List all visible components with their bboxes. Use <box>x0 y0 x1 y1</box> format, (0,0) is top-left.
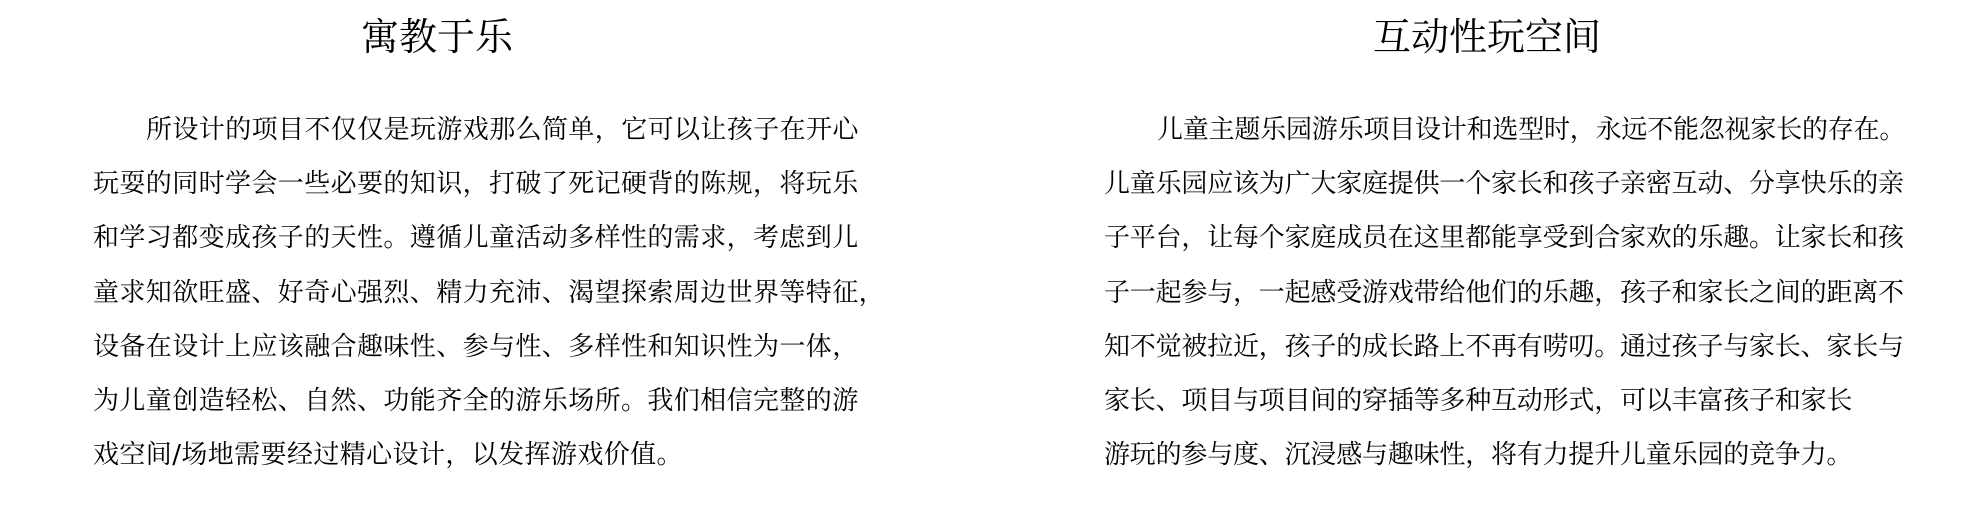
paragraph-line: 知不觉被拉近，孩子的成长路上不再有唠叨。通过孩子与家长、家长与 <box>1104 320 1905 374</box>
paragraph-line: 子一起参与，一起感受游戏带给他们的乐趣，孩子和家长之间的距离不 <box>1104 266 1905 320</box>
paragraph-line: 儿童乐园应该为广大家庭提供一个家长和孩子亲密互动、分享快乐的亲 <box>1104 157 1905 211</box>
paragraph-interactive-space: 儿童主题乐园游乐项目设计和选型时，永远不能忽视家长的存在。 儿童乐园应该为广大家… <box>1104 103 1905 482</box>
section-title-interactive-space: 互动性玩空间 <box>1373 14 1601 60</box>
paragraph-line: 子平台，让每个家庭成员在这里都能享受到合家欢的乐趣。让家长和孩 <box>1104 211 1905 265</box>
paragraph-line: 戏空间/场地需要经过精心设计，以发挥游戏价值。 <box>93 428 885 482</box>
paragraph-line: 所设计的项目不仅仅是玩游戏那么简单，它可以让孩子在开心 <box>93 103 885 157</box>
section-title-edutainment: 寓教于乐 <box>361 14 513 60</box>
paragraph-line: 儿童主题乐园游乐项目设计和选型时，永远不能忽视家长的存在。 <box>1104 103 1905 157</box>
paragraph-line: 游玩的参与度、沉浸感与趣味性，将有力提升儿童乐园的竞争力。 <box>1104 428 1905 482</box>
paragraph-line: 设备在设计上应该融合趣味性、参与性、多样性和知识性为一体， <box>93 320 885 374</box>
paragraph-line: 家长、项目与项目间的穿插等多种互动形式，可以丰富孩子和家长 <box>1104 374 1905 428</box>
paragraph-line: 为儿童创造轻松、自然、功能齐全的游乐场所。我们相信完整的游 <box>93 374 885 428</box>
paragraph-line: 玩耍的同时学会一些必要的知识，打破了死记硬背的陈规，将玩乐 <box>93 157 885 211</box>
paragraph-edutainment: 所设计的项目不仅仅是玩游戏那么简单，它可以让孩子在开心 玩耍的同时学会一些必要的… <box>93 103 885 482</box>
paragraph-line: 童求知欲旺盛、好奇心强烈、精力充沛、渴望探索周边世界等特征， <box>93 266 885 320</box>
paragraph-line: 和学习都变成孩子的天性。遵循儿童活动多样性的需求，考虑到儿 <box>93 211 885 265</box>
